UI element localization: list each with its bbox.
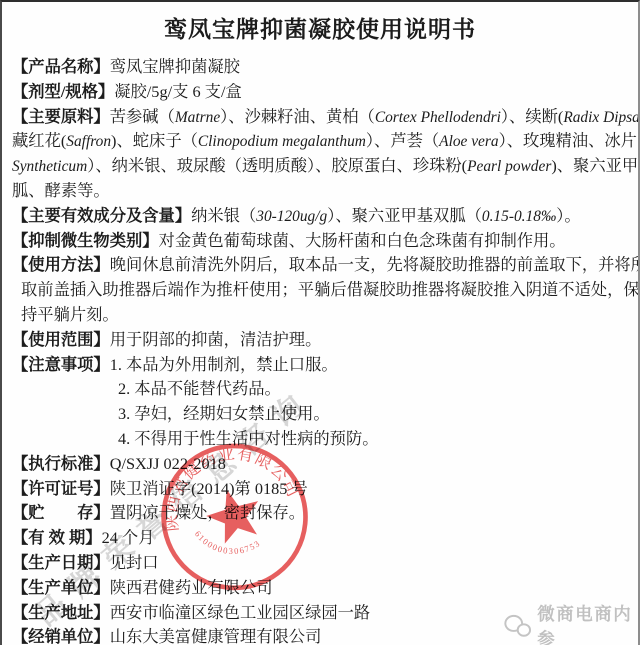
- line-usage-3: 持平躺片刻。: [12, 303, 630, 328]
- field-label: 【主要原料】: [12, 107, 110, 126]
- field-value-text: 纳米银（: [191, 206, 256, 225]
- field-value-text: ）、纳米银、玻尿酸（透明质酸）、胶原蛋白、珍珠粉(: [87, 156, 467, 175]
- latin-name-text: Saffron: [66, 133, 111, 150]
- line-usage-2: 取前盖插入助推器后端作为推杆使用；平躺后借凝胶助推器将凝胶推入阴道不适处，保: [12, 278, 630, 303]
- field-value-text: 晚间休息前清洗外阴后，取本品一支，先将凝胶助推器的前盖取下，并将所: [110, 255, 640, 274]
- seal-star-icon: [201, 482, 267, 546]
- field-value-text: 2. 本品不能替代药品。: [118, 379, 281, 398]
- field-value-text: 持平躺片刻。: [21, 305, 119, 324]
- field-label: 【使用方法】: [12, 255, 110, 274]
- field-label: 【生产日期】: [12, 553, 110, 572]
- line-product-name: 【产品名称】鸾凤宝牌抑菌凝胶: [12, 55, 630, 80]
- field-value-text: 苦参碱（: [110, 107, 175, 126]
- field-value-text: 1. 本品为外用制剂，禁止口服。: [110, 355, 338, 374]
- field-value-text: )、聚六亚甲基双: [551, 156, 640, 175]
- latin-name-text: 30-120ug/g: [256, 208, 327, 225]
- field-label: 【注意事项】: [12, 355, 110, 374]
- field-value-text: ）、玫瑰精油、冰片（: [499, 131, 640, 150]
- field-label: 【有 效 期】: [12, 528, 102, 547]
- field-value-text: 胍、酵素等。: [12, 181, 110, 200]
- field-value-text: 取前盖插入助推器后端作为推杆使用；平躺后借凝胶助推器将凝胶推入阴道不适处，保: [21, 280, 640, 299]
- field-value-text: 凝胶/5g/支 6 支/盒: [114, 82, 242, 101]
- field-value-text: ）。: [556, 206, 580, 225]
- page-title: 鸾凤宝牌抑菌凝胶使用说明书: [2, 11, 638, 44]
- line-license: 【许可证号】陕卫消证字(2014)第 0185 号: [12, 477, 630, 502]
- field-value-text: 西安市临潼区绿色工业园区绿园一路: [110, 603, 371, 622]
- latin-name-text: Syntheticum: [12, 158, 87, 175]
- line-scope: 【使用范围】用于阴部的抑菌，清洁护理。: [12, 328, 630, 353]
- field-value-text: 用于阴部的抑菌，清洁护理。: [110, 330, 322, 349]
- field-label: 【产品名称】: [12, 57, 110, 76]
- instruction-sheet-page: 品牌荣誉信息咨询 鸾凤宝牌抑菌凝胶使用说明书 【产品名称】鸾凤宝牌抑菌凝胶【剂型…: [0, 0, 640, 645]
- field-label: 【执行标准】: [12, 454, 110, 473]
- line-ingredients-1: 【主要原料】苦参碱（Matrne）、沙棘籽油、黄柏（Cortex Phellod…: [12, 105, 630, 130]
- line-dosage-spec: 【剂型/规格】凝胶/5g/支 6 支/盒: [12, 80, 630, 105]
- latin-name-text: 0.15-0.18‰: [482, 208, 556, 225]
- line-precaution-2: 2. 本品不能替代药品。: [12, 377, 630, 402]
- line-inhibited-microbes: 【抑制微生物类别】对金黄色葡萄球菌、大肠杆菌和白色念珠菌有抑制作用。: [12, 229, 630, 254]
- line-precaution-3: 3. 孕妇，经期妇女禁止使用。: [12, 402, 630, 427]
- field-value-text: 山东大美富健康管理有限公司: [110, 627, 322, 645]
- line-precaution-4: 4. 不得用于性生活中对性病的预防。: [12, 427, 630, 452]
- field-label: 【贮 存】: [12, 503, 110, 522]
- field-label: 【经销单位】: [12, 627, 110, 645]
- line-ingredients-4: 胍、酵素等。: [12, 179, 630, 204]
- field-label: 【使用范围】: [12, 330, 110, 349]
- line-manufacturer: 【生产单位】陕西君健药业有限公司: [12, 576, 630, 601]
- latin-name-text: Clinopodium megalanthum: [198, 133, 366, 150]
- field-value-text: 藏红花(: [12, 131, 66, 150]
- chat-bubbles-logo-icon: [504, 613, 532, 640]
- field-value-text: 24 个月: [102, 528, 155, 547]
- field-value-text: ）、聚六亚甲基双胍（: [327, 206, 482, 225]
- field-label: 【剂型/规格】: [12, 82, 114, 101]
- line-active-ingredients: 【主要有效成分及含量】纳米银（30-120ug/g）、聚六亚甲基双胍（0.15-…: [12, 204, 630, 229]
- field-value-text: )、蛇床子（: [111, 131, 198, 150]
- line-precaution-1: 【注意事项】1. 本品为外用制剂，禁止口服。: [12, 353, 630, 378]
- field-value-text: 对金黄色葡萄球菌、大肠杆菌和白色念珠菌有抑制作用。: [159, 231, 566, 250]
- field-label: 【生产地址】: [12, 603, 110, 622]
- latin-name-text: Aloe vera: [439, 133, 498, 150]
- line-ingredients-3: Syntheticum）、纳米银、玻尿酸（透明质酸）、胶原蛋白、珍珠粉(Pear…: [12, 154, 630, 179]
- latin-name-text: Radix Dipsaci Asperoidis: [563, 109, 640, 126]
- latin-name-text: Pearl powder: [467, 158, 551, 175]
- field-value-text: 见封口: [110, 553, 159, 572]
- line-storage: 【贮 存】置阴凉干燥处，密封保存。: [12, 501, 630, 526]
- field-label: 【主要有效成分及含量】: [12, 206, 191, 225]
- latin-name-text: Matrne: [175, 109, 220, 126]
- field-label: 【生产单位】: [12, 578, 110, 597]
- line-standard: 【执行标准】Q/SXJJ 022-2018: [12, 452, 630, 477]
- field-label: 【抑制微生物类别】: [12, 231, 159, 250]
- latin-name-text: Cortex Phellodendri: [375, 109, 501, 126]
- field-value-text: 鸾凤宝牌抑菌凝胶: [110, 57, 240, 76]
- watermark-label: 微商电商内参: [537, 601, 638, 645]
- line-ingredients-2: 藏红花(Saffron)、蛇床子（Clinopodium megalanthum…: [12, 129, 630, 154]
- field-value-text: ）、芦荟（: [366, 131, 439, 150]
- field-label: 【许可证号】: [12, 479, 110, 498]
- field-value-text: ）、沙棘籽油、黄柏（: [220, 107, 375, 126]
- line-usage-1: 【使用方法】晚间休息前清洗外阴后，取本品一支，先将凝胶助推器的前盖取下，并将所: [12, 253, 630, 278]
- bottom-right-watermark: 微商电商内参: [504, 601, 638, 645]
- field-value-text: 3. 孕妇，经期妇女禁止使用。: [118, 404, 330, 423]
- field-value-text: ）、续断(: [501, 107, 563, 126]
